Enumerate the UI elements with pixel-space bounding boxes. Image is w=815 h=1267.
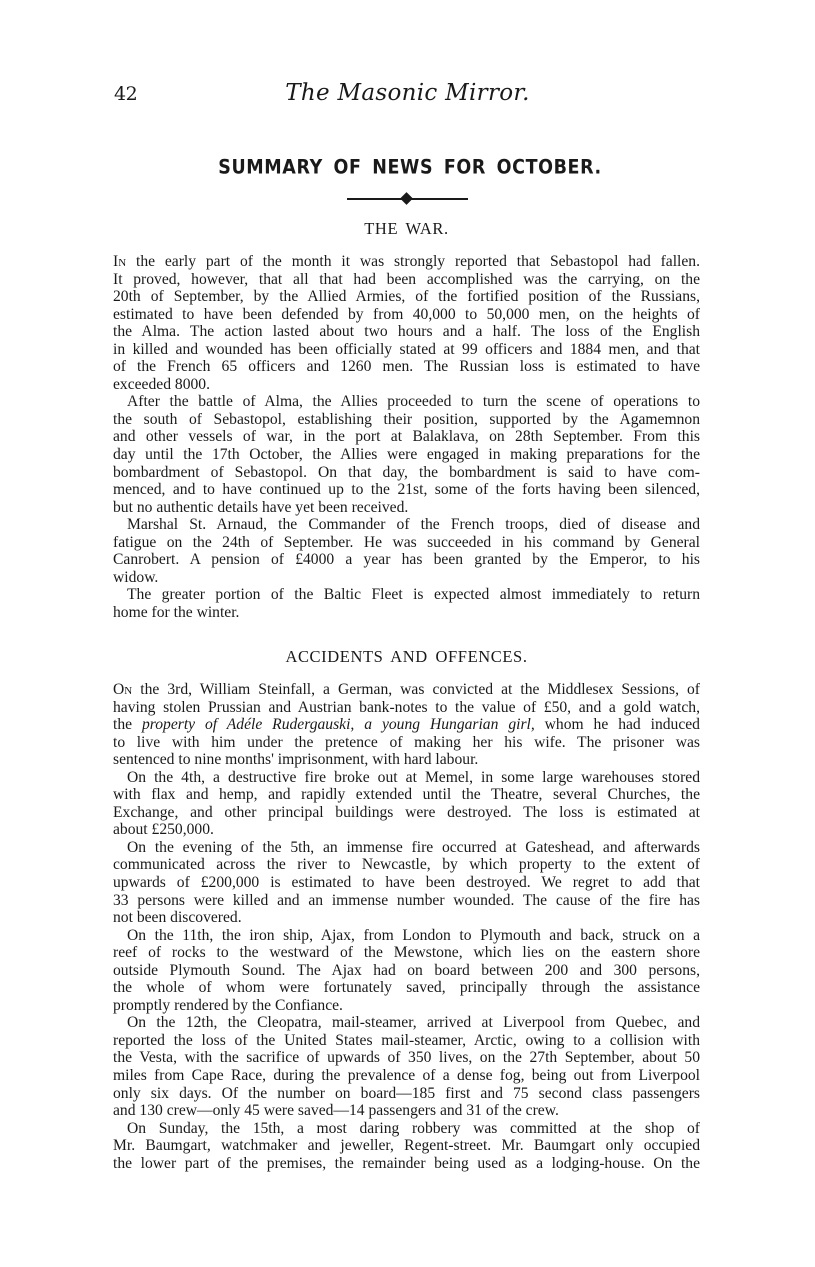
text-line: The greater portion of the Baltic Fleet … — [113, 586, 700, 604]
text-run: about £250,000. — [113, 821, 214, 838]
text-line-content: and other vessels of war, in the port at… — [113, 428, 700, 446]
running-title: The Masonic Mirror. — [200, 80, 615, 106]
text-line-content: reported the loss of the United States m… — [113, 1032, 700, 1050]
text-line: miles from Cape Race, during the prevale… — [113, 1067, 700, 1085]
text-line-content: 33 persons were killed and an immense nu… — [113, 892, 700, 910]
text-run: the Vesta, with the sacrifice of upwards… — [113, 1049, 700, 1066]
text-line-content: the whole of whom were fortunately saved… — [113, 979, 700, 997]
text-line: of the French 65 officers and 1260 men. … — [113, 358, 700, 376]
text-run: whom he had induced — [535, 716, 700, 733]
text-line-content: On the 11th, the iron ship, Ajax, from L… — [127, 927, 700, 945]
text-line: On the 4th, a destructive fire broke out… — [113, 769, 700, 787]
text-line: sentenced to nine months' imprisonment, … — [113, 751, 700, 769]
text-line-content: communicated across the river to Newcast… — [113, 856, 700, 874]
text-run: of the French 65 officers and 1260 men. … — [113, 358, 700, 375]
text-line: estimated to have been defended by from … — [113, 306, 700, 324]
text-line-content: On the 12th, the Cleopatra, mail-steamer… — [127, 1014, 700, 1032]
text-run: the — [113, 716, 142, 733]
text-run: the Alma. The action lasted about two ho… — [113, 323, 700, 340]
text-line: 33 persons were killed and an immense nu… — [113, 892, 700, 910]
text-line-content: having stolen Prussian and Austrian bank… — [113, 699, 700, 717]
section-heading-war: THE WAR. — [113, 219, 700, 239]
small-caps-opening: On — [113, 681, 132, 698]
text-run: reported the loss of the United States m… — [113, 1032, 700, 1049]
text-line: reef of rocks to the westward of the Mew… — [113, 944, 700, 962]
section-body-war: In the early part of the month it was st… — [113, 253, 700, 621]
text-line: day until the 17th October, the Allies w… — [113, 446, 700, 464]
text-line: widow. — [113, 569, 700, 587]
text-line: about £250,000. — [113, 821, 700, 839]
text-line-content: promptly rendered by the Confiance. — [113, 997, 700, 1015]
text-line: to live with him under the pretence of m… — [113, 734, 700, 752]
text-line-content: sentenced to nine months' imprisonment, … — [113, 751, 700, 769]
text-line: the whole of whom were fortunately saved… — [113, 979, 700, 997]
text-run: having stolen Prussian and Austrian bank… — [113, 699, 700, 716]
text-line-content: exceeded 8000. — [113, 376, 700, 394]
page-number: 42 — [114, 83, 137, 105]
text-run: bombardment of Sebastopol. On that day, … — [113, 464, 700, 481]
text-run: communicated across the river to Newcast… — [113, 856, 700, 873]
text-line: It proved, however, that all that had be… — [113, 271, 700, 289]
text-run: the early part of the month it was stron… — [126, 253, 700, 270]
text-line: fatigue on the 24th of September. He was… — [113, 534, 700, 552]
text-run: promptly rendered by the Confiance. — [113, 997, 343, 1014]
text-line-content: home for the winter. — [113, 604, 700, 622]
text-run: home for the winter. — [113, 604, 239, 621]
text-line-content: in killed and wounded has been officiall… — [113, 341, 700, 359]
text-line: On the 12th, the Cleopatra, mail-steamer… — [113, 1014, 700, 1032]
text-run: Canrobert. A pension of £4000 a year has… — [113, 551, 700, 568]
text-line: Exchange, and other principal buildings … — [113, 804, 700, 822]
main-heading: SUMMARY OF NEWS FOR OCTOBER. — [150, 157, 670, 179]
text-run: to live with him under the pretence of m… — [113, 734, 700, 751]
text-line-content: bombardment of Sebastopol. On that day, … — [113, 464, 700, 482]
text-run: not been discovered. — [113, 909, 242, 926]
text-line: but no authentic details have yet been r… — [113, 499, 700, 517]
text-line-content: not been discovered. — [113, 909, 700, 927]
text-run: On Sunday, the 15th, a most daring robbe… — [127, 1120, 700, 1137]
text-line: bombardment of Sebastopol. On that day, … — [113, 464, 700, 482]
text-run: menced, and to have continued up to the … — [113, 481, 700, 498]
text-line-content: widow. — [113, 569, 700, 587]
text-line-content: outside Plymouth Sound. The Ajax had on … — [113, 962, 700, 980]
text-line: upwards of £200,000 is estimated to have… — [113, 874, 700, 892]
text-line-content: reef of rocks to the westward of the Mew… — [113, 944, 700, 962]
text-line-content: menced, and to have continued up to the … — [113, 481, 700, 499]
text-line: Marshal St. Arnaud, the Commander of the… — [113, 516, 700, 534]
text-line-content: the property of Adéle Rudergauski, a you… — [113, 716, 700, 734]
text-run: Mr. Baumgart, watchmaker and jeweller, R… — [113, 1137, 700, 1154]
text-run: The greater portion of the Baltic Fleet … — [127, 586, 700, 603]
text-line-content: about £250,000. — [113, 821, 700, 839]
text-line-content: upwards of £200,000 is estimated to have… — [113, 874, 700, 892]
text-line-content: fatigue on the 24th of September. He was… — [113, 534, 700, 552]
text-line-content: On the 4th, a destructive fire broke out… — [127, 769, 700, 787]
text-run: estimated to have been defended by from … — [113, 306, 700, 323]
text-line: On the evening of the 5th, an immense fi… — [113, 839, 700, 857]
text-line: After the battle of Alma, the Allies pro… — [113, 393, 700, 411]
text-line-content: It proved, however, that all that had be… — [113, 271, 700, 289]
document-page: 42 The Masonic Mirror. SUMMARY OF NEWS F… — [0, 0, 815, 1267]
text-run: with flax and hemp, and rapidly extended… — [113, 786, 700, 803]
text-run: miles from Cape Race, during the prevale… — [113, 1067, 700, 1084]
text-line: Canrobert. A pension of £4000 a year has… — [113, 551, 700, 569]
text-line-content: After the battle of Alma, the Allies pro… — [127, 393, 700, 411]
text-line-content: On the 3rd, William Steinfall, a German,… — [113, 681, 700, 699]
text-run: reef of rocks to the westward of the Mew… — [113, 944, 700, 961]
text-line-content: Marshal St. Arnaud, the Commander of the… — [127, 516, 700, 534]
text-line-content: Canrobert. A pension of £4000 a year has… — [113, 551, 700, 569]
text-run: and 130 crew—only 45 were saved—14 passe… — [113, 1102, 559, 1119]
text-line: the Vesta, with the sacrifice of upwards… — [113, 1049, 700, 1067]
text-line: the Alma. The action lasted about two ho… — [113, 323, 700, 341]
text-run: 33 persons were killed and an immense nu… — [113, 892, 700, 909]
text-line: with flax and hemp, and rapidly extended… — [113, 786, 700, 804]
text-line: On the 3rd, William Steinfall, a German,… — [113, 681, 700, 699]
text-line: reported the loss of the United States m… — [113, 1032, 700, 1050]
text-line: promptly rendered by the Confiance. — [113, 997, 700, 1015]
text-line: having stolen Prussian and Austrian bank… — [113, 699, 700, 717]
text-run: exceeded 8000. — [113, 376, 210, 393]
text-line-content: the lower part of the premises, the rema… — [113, 1155, 700, 1173]
text-run: After the battle of Alma, the Allies pro… — [127, 393, 700, 410]
italic-text-run: property of Adéle Rudergauski, a young H… — [142, 716, 535, 733]
text-run: 20th of September, by the Allied Armies,… — [113, 288, 700, 305]
text-line: home for the winter. — [113, 604, 700, 622]
text-run: the 3rd, William Steinfall, a German, wa… — [132, 681, 700, 698]
text-line-content: only six days. Of the number on board—18… — [113, 1085, 700, 1103]
text-run: the south of Sebastopol, establishing th… — [113, 411, 700, 428]
text-line-content: but no authentic details have yet been r… — [113, 499, 700, 517]
text-line: communicated across the river to Newcast… — [113, 856, 700, 874]
text-run: sentenced to nine months' imprisonment, … — [113, 751, 478, 768]
text-run: only six days. Of the number on board—18… — [113, 1085, 700, 1102]
text-line-content: Exchange, and other principal buildings … — [113, 804, 700, 822]
text-run: the lower part of the premises, the rema… — [113, 1155, 700, 1172]
text-line: menced, and to have continued up to the … — [113, 481, 700, 499]
text-run: It proved, however, that all that had be… — [113, 271, 700, 288]
text-run: the whole of whom were fortunately saved… — [113, 979, 700, 996]
text-line-content: Mr. Baumgart, watchmaker and jeweller, R… — [113, 1137, 700, 1155]
text-line-content: In the early part of the month it was st… — [113, 253, 700, 271]
text-line: not been discovered. — [113, 909, 700, 927]
section-heading-accidents: ACCIDENTS AND OFFENCES. — [113, 647, 700, 667]
text-line-content: the south of Sebastopol, establishing th… — [113, 411, 700, 429]
text-run: Exchange, and other principal buildings … — [113, 804, 700, 821]
text-line: In the early part of the month it was st… — [113, 253, 700, 271]
text-line: only six days. Of the number on board—18… — [113, 1085, 700, 1103]
text-run: fatigue on the 24th of September. He was… — [113, 534, 700, 551]
text-run: and other vessels of war, in the port at… — [113, 428, 700, 445]
text-line-content: of the French 65 officers and 1260 men. … — [113, 358, 700, 376]
text-line-content: the Vesta, with the sacrifice of upwards… — [113, 1049, 700, 1067]
text-line: On the 11th, the iron ship, Ajax, from L… — [113, 927, 700, 945]
text-line: outside Plymouth Sound. The Ajax had on … — [113, 962, 700, 980]
text-line: and 130 crew—only 45 were saved—14 passe… — [113, 1102, 700, 1120]
text-line: and other vessels of war, in the port at… — [113, 428, 700, 446]
text-run: On the evening of the 5th, an immense fi… — [127, 839, 700, 856]
small-caps-opening: In — [113, 253, 126, 270]
text-line: Mr. Baumgart, watchmaker and jeweller, R… — [113, 1137, 700, 1155]
text-line: On Sunday, the 15th, a most daring robbe… — [113, 1120, 700, 1138]
text-run: widow. — [113, 569, 158, 586]
text-line: the property of Adéle Rudergauski, a you… — [113, 716, 700, 734]
diamond-rule-icon — [400, 192, 413, 205]
text-run: On the 12th, the Cleopatra, mail-steamer… — [127, 1014, 700, 1031]
text-line: exceeded 8000. — [113, 376, 700, 394]
text-line-content: day until the 17th October, the Allies w… — [113, 446, 700, 464]
section-body-accidents: On the 3rd, William Steinfall, a German,… — [113, 681, 700, 1172]
text-run: On the 11th, the iron ship, Ajax, from L… — [127, 927, 700, 944]
text-run: upwards of £200,000 is estimated to have… — [113, 874, 700, 891]
text-line: the south of Sebastopol, establishing th… — [113, 411, 700, 429]
text-run: but no authentic details have yet been r… — [113, 499, 408, 516]
text-line-content: the Alma. The action lasted about two ho… — [113, 323, 700, 341]
text-line-content: to live with him under the pretence of m… — [113, 734, 700, 752]
text-run: day until the 17th October, the Allies w… — [113, 446, 700, 463]
text-run: outside Plymouth Sound. The Ajax had on … — [113, 962, 700, 979]
text-line: in killed and wounded has been officiall… — [113, 341, 700, 359]
text-line-content: 20th of September, by the Allied Armies,… — [113, 288, 700, 306]
text-run: On the 4th, a destructive fire broke out… — [127, 769, 700, 786]
text-line-content: The greater portion of the Baltic Fleet … — [127, 586, 700, 604]
text-line-content: On Sunday, the 15th, a most daring robbe… — [127, 1120, 700, 1138]
text-line: 20th of September, by the Allied Armies,… — [113, 288, 700, 306]
text-run: Marshal St. Arnaud, the Commander of the… — [127, 516, 700, 533]
text-line-content: and 130 crew—only 45 were saved—14 passe… — [113, 1102, 700, 1120]
text-line-content: On the evening of the 5th, an immense fi… — [127, 839, 700, 857]
text-line: the lower part of the premises, the rema… — [113, 1155, 700, 1173]
text-line-content: estimated to have been defended by from … — [113, 306, 700, 324]
text-line-content: with flax and hemp, and rapidly extended… — [113, 786, 700, 804]
text-line-content: miles from Cape Race, during the prevale… — [113, 1067, 700, 1085]
text-run: in killed and wounded has been officiall… — [113, 341, 700, 358]
